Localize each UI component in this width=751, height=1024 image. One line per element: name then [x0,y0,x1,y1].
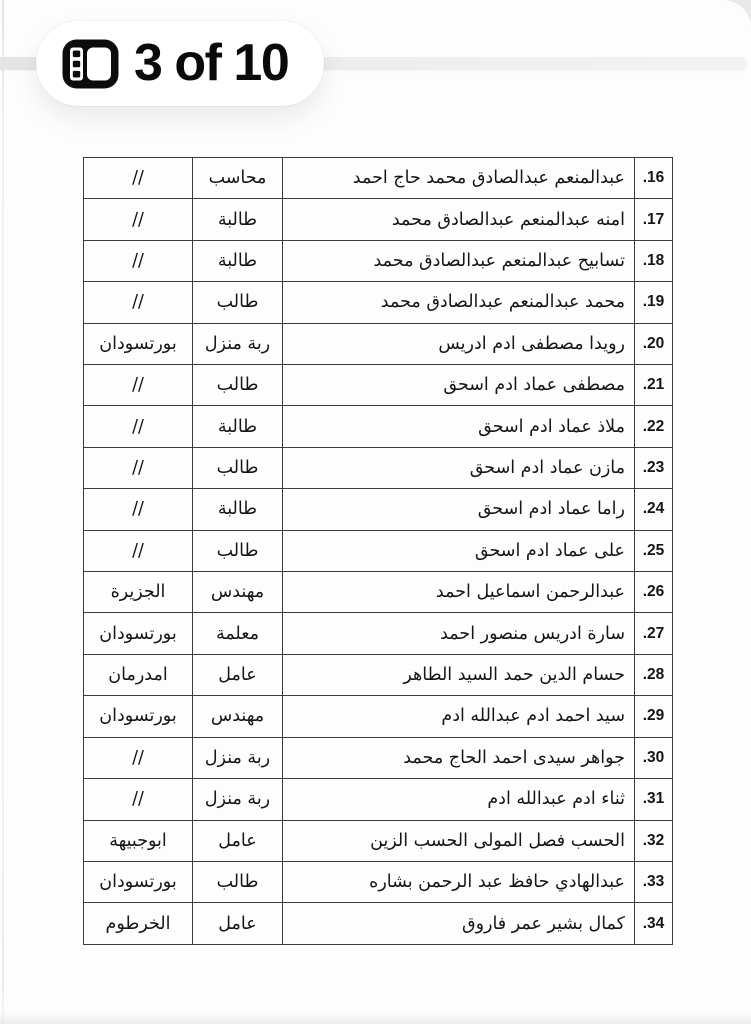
pages-panel-icon [62,39,119,89]
table-body: 16. عبدالمنعم عبدالصادق محمد حاج احمد مح… [84,158,673,945]
page-indicator-label: 3 of 10 [134,37,288,89]
row-number-cell: 32. [635,820,673,861]
residents-table: 16. عبدالمنعم عبدالصادق محمد حاج احمد مح… [83,157,673,945]
occupation-cell: طالبة [193,406,283,447]
name-cell: على عماد ادم اسحق [283,530,635,571]
location-cell: بورتسودان [84,696,193,737]
table-row: 30. جواهر سيدى احمد الحاج محمد ربة منزل … [84,737,673,778]
table-row: 32. الحسب فصل المولى الحسب الزين عامل اب… [84,820,673,861]
row-number-cell: 34. [635,903,673,945]
table-row: 27. سارة ادريس منصور احمد معلمة بورتسودا… [84,613,673,654]
row-number-cell: 30. [635,737,673,778]
occupation-cell: عامل [193,654,283,695]
location-cell: // [84,406,193,447]
row-number-cell: 16. [635,158,673,199]
location-cell: // [84,282,193,323]
name-cell: مصطفى عماد ادم اسحق [283,365,635,406]
occupation-cell: طالب [193,447,283,488]
row-number-cell: 20. [635,323,673,364]
location-cell: امدرمان [84,654,193,695]
name-cell: الحسب فصل المولى الحسب الزين [283,820,635,861]
reader-view: { "page_indicator": { "label": "3 of 10"… [0,0,751,1024]
table-row: 26. عبدالرحمن اسماعيل احمد مهندس الجزيرة [84,572,673,613]
row-number-cell: 25. [635,530,673,571]
occupation-cell: طالب [193,365,283,406]
row-number-cell: 19. [635,282,673,323]
row-number-cell: 28. [635,654,673,695]
name-cell: سارة ادريس منصور احمد [283,613,635,654]
table-row: 33. عبدالهادي حافظ عبد الرحمن بشاره طالب… [84,861,673,902]
location-cell: بورتسودان [84,861,193,902]
name-cell: ثناء ادم عبدالله ادم [283,779,635,820]
location-cell: // [84,199,193,240]
table-row: 18. تسابيح عبدالمنعم عبدالصادق محمد طالب… [84,240,673,281]
table-row: 21. مصطفى عماد ادم اسحق طالب // [84,365,673,406]
occupation-cell: عامل [193,820,283,861]
row-number-cell: 24. [635,489,673,530]
name-cell: رويدا مصطفى ادم ادريس [283,323,635,364]
page-bottom-edge [0,1012,751,1024]
page-corner-top-right [703,0,751,36]
location-cell: ابوجبيهة [84,820,193,861]
location-cell: بورتسودان [84,613,193,654]
table-row: 29. سيد احمد ادم عبدالله ادم مهندس بورتس… [84,696,673,737]
location-cell: // [84,737,193,778]
name-cell: تسابيح عبدالمنعم عبدالصادق محمد [283,240,635,281]
location-cell: الجزيرة [84,572,193,613]
row-number-cell: 21. [635,365,673,406]
name-cell: عبدالرحمن اسماعيل احمد [283,572,635,613]
row-number-cell: 33. [635,861,673,902]
occupation-cell: عامل [193,903,283,945]
occupation-cell: محاسب [193,158,283,199]
occupation-cell: طالبة [193,489,283,530]
table-row: 31. ثناء ادم عبدالله ادم ربة منزل // [84,779,673,820]
occupation-cell: ربة منزل [193,323,283,364]
table-row: 28. حسام الدين حمد السيد الطاهر عامل امد… [84,654,673,695]
row-number-cell: 23. [635,447,673,488]
occupation-cell: طالبة [193,199,283,240]
name-cell: حسام الدين حمد السيد الطاهر [283,654,635,695]
location-cell: // [84,158,193,199]
name-cell: امنه عبدالمنعم عبدالصادق محمد [283,199,635,240]
row-number-cell: 27. [635,613,673,654]
table-row: 22. ملاذ عماد ادم اسحق طالبة // [84,406,673,447]
page-left-edge [2,0,4,1024]
table-row: 17. امنه عبدالمنعم عبدالصادق محمد طالبة … [84,199,673,240]
name-cell: عبدالمنعم عبدالصادق محمد حاج احمد [283,158,635,199]
page-indicator-badge[interactable]: 3 of 10 [36,21,324,106]
location-cell: الخرطوم [84,903,193,945]
location-cell: // [84,240,193,281]
location-cell: // [84,779,193,820]
location-cell: // [84,447,193,488]
occupation-cell: طالب [193,282,283,323]
table-row: 19. محمد عبدالمنعم عبدالصادق محمد طالب /… [84,282,673,323]
occupation-cell: طالب [193,530,283,571]
row-number-cell: 29. [635,696,673,737]
name-cell: مازن عماد ادم اسحق [283,447,635,488]
location-cell: // [84,489,193,530]
occupation-cell: مهندس [193,696,283,737]
location-cell: // [84,365,193,406]
occupation-cell: معلمة [193,613,283,654]
table-row: 25. على عماد ادم اسحق طالب // [84,530,673,571]
location-cell: بورتسودان [84,323,193,364]
occupation-cell: ربة منزل [193,737,283,778]
table-row: 34. كمال بشير عمر فاروق عامل الخرطوم [84,903,673,945]
name-cell: راما عماد ادم اسحق [283,489,635,530]
table-row: 23. مازن عماد ادم اسحق طالب // [84,447,673,488]
row-number-cell: 31. [635,779,673,820]
occupation-cell: طالب [193,861,283,902]
occupation-cell: ربة منزل [193,779,283,820]
occupation-cell: طالبة [193,240,283,281]
name-cell: عبدالهادي حافظ عبد الرحمن بشاره [283,861,635,902]
name-cell: جواهر سيدى احمد الحاج محمد [283,737,635,778]
occupation-cell: مهندس [193,572,283,613]
name-cell: ملاذ عماد ادم اسحق [283,406,635,447]
table-row: 24. راما عماد ادم اسحق طالبة // [84,489,673,530]
name-cell: كمال بشير عمر فاروق [283,903,635,945]
row-number-cell: 26. [635,572,673,613]
row-number-cell: 22. [635,406,673,447]
name-cell: محمد عبدالمنعم عبدالصادق محمد [283,282,635,323]
row-number-cell: 17. [635,199,673,240]
table-row: 20. رويدا مصطفى ادم ادريس ربة منزل بورتس… [84,323,673,364]
row-number-cell: 18. [635,240,673,281]
name-cell: سيد احمد ادم عبدالله ادم [283,696,635,737]
location-cell: // [84,530,193,571]
table-row: 16. عبدالمنعم عبدالصادق محمد حاج احمد مح… [84,158,673,199]
